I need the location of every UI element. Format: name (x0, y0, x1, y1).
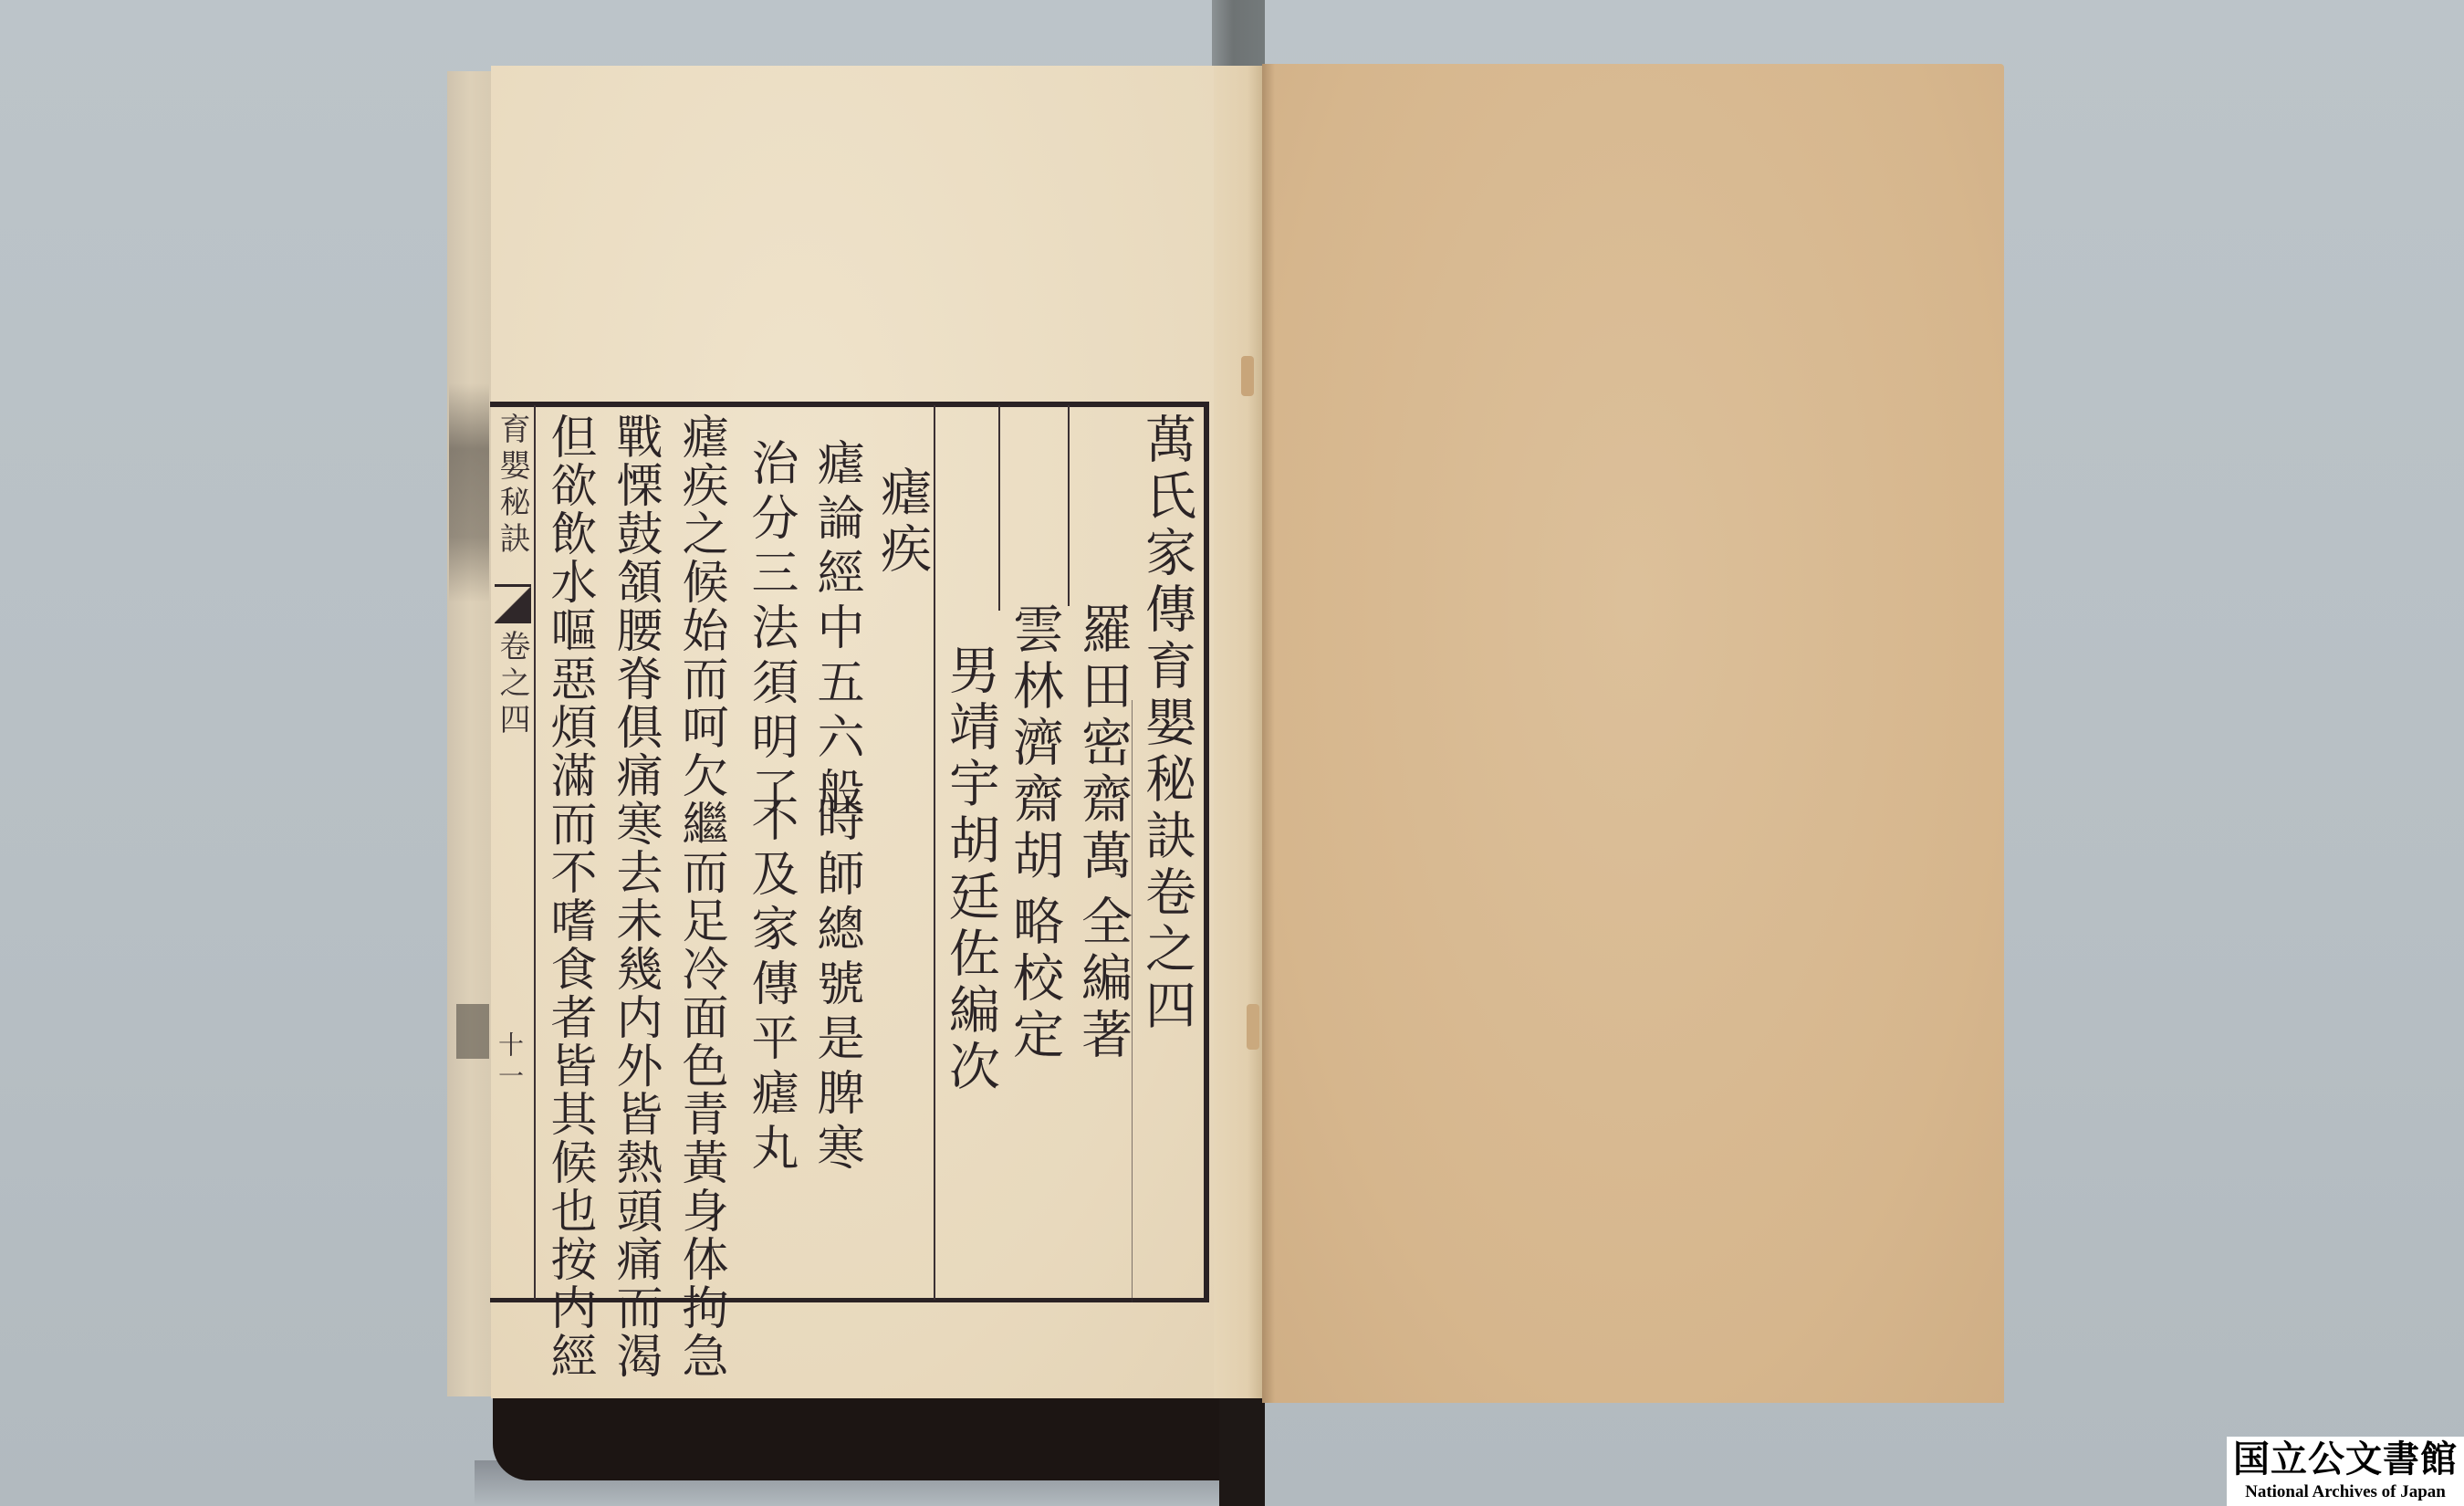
verse-line-1b: 時師總號是脾寒 (812, 794, 860, 1177)
title-column: 萬氏家傳育嬰秘訣卷之四 (1141, 413, 1192, 1035)
fishtail-mark-icon (495, 584, 531, 623)
binding-tear (1247, 1004, 1259, 1050)
banxin-rule (534, 405, 536, 1300)
national-archives-logo: 国立公文書館 National Archives of Japan (2227, 1437, 2464, 1506)
column-rule (934, 405, 935, 1300)
logo-japanese-text: 国立公文書館 (2230, 1438, 2460, 1480)
spine-top (1212, 0, 1265, 68)
author-role: 全編著 (1077, 894, 1128, 1064)
column-rule (998, 405, 1000, 611)
verse-line-2a: 治分三法須明了 (747, 438, 794, 821)
body-text-line-3: 但欲飲水嘔惡煩滿而不嗜食者皆其候也按内經 (546, 413, 592, 1380)
column-rule (1068, 405, 1070, 606)
spine-bottom (1219, 1396, 1265, 1506)
verse-line-1a: 瘧論經中五六般 (812, 438, 860, 821)
page-edge-ink-bleed (456, 1004, 489, 1059)
body-text-line-2: 戰慄鼓頷腰脊俱痛寒去未幾内外皆熱頭痛而渴 (611, 413, 658, 1380)
editor-name: 雲林濟齋胡 (1008, 602, 1060, 885)
page-stack-edge (447, 71, 493, 1396)
verse-line-2b: 不及家傳平瘧丸 (747, 794, 794, 1177)
body-text-line-1: 瘧疾之候始而呵欠繼而足冷面色青黃身体拘急 (677, 413, 724, 1380)
left-page-gutter (1214, 66, 1262, 1398)
binding-tear (1241, 356, 1254, 396)
logo-english-text: National Archives of Japan (2227, 1482, 2464, 1502)
compiler-line: 男靖宇胡廷佐編次 (945, 643, 996, 1096)
right-page-blank (1262, 64, 2004, 1403)
banxin-page-number: 十一 (496, 1031, 522, 1093)
page-edge-ink-bleed (449, 383, 489, 602)
author-name: 羅田密齋萬 (1077, 602, 1128, 885)
section-heading: 瘧疾 (876, 465, 927, 579)
gutter-shadow (1262, 64, 1275, 1403)
banxin-title: 育嬰秘訣 (496, 413, 527, 559)
editor-role: 略校定 (1008, 894, 1060, 1064)
book-cover-bottom (493, 1396, 1265, 1480)
banxin-volume: 卷之四 (496, 630, 527, 739)
